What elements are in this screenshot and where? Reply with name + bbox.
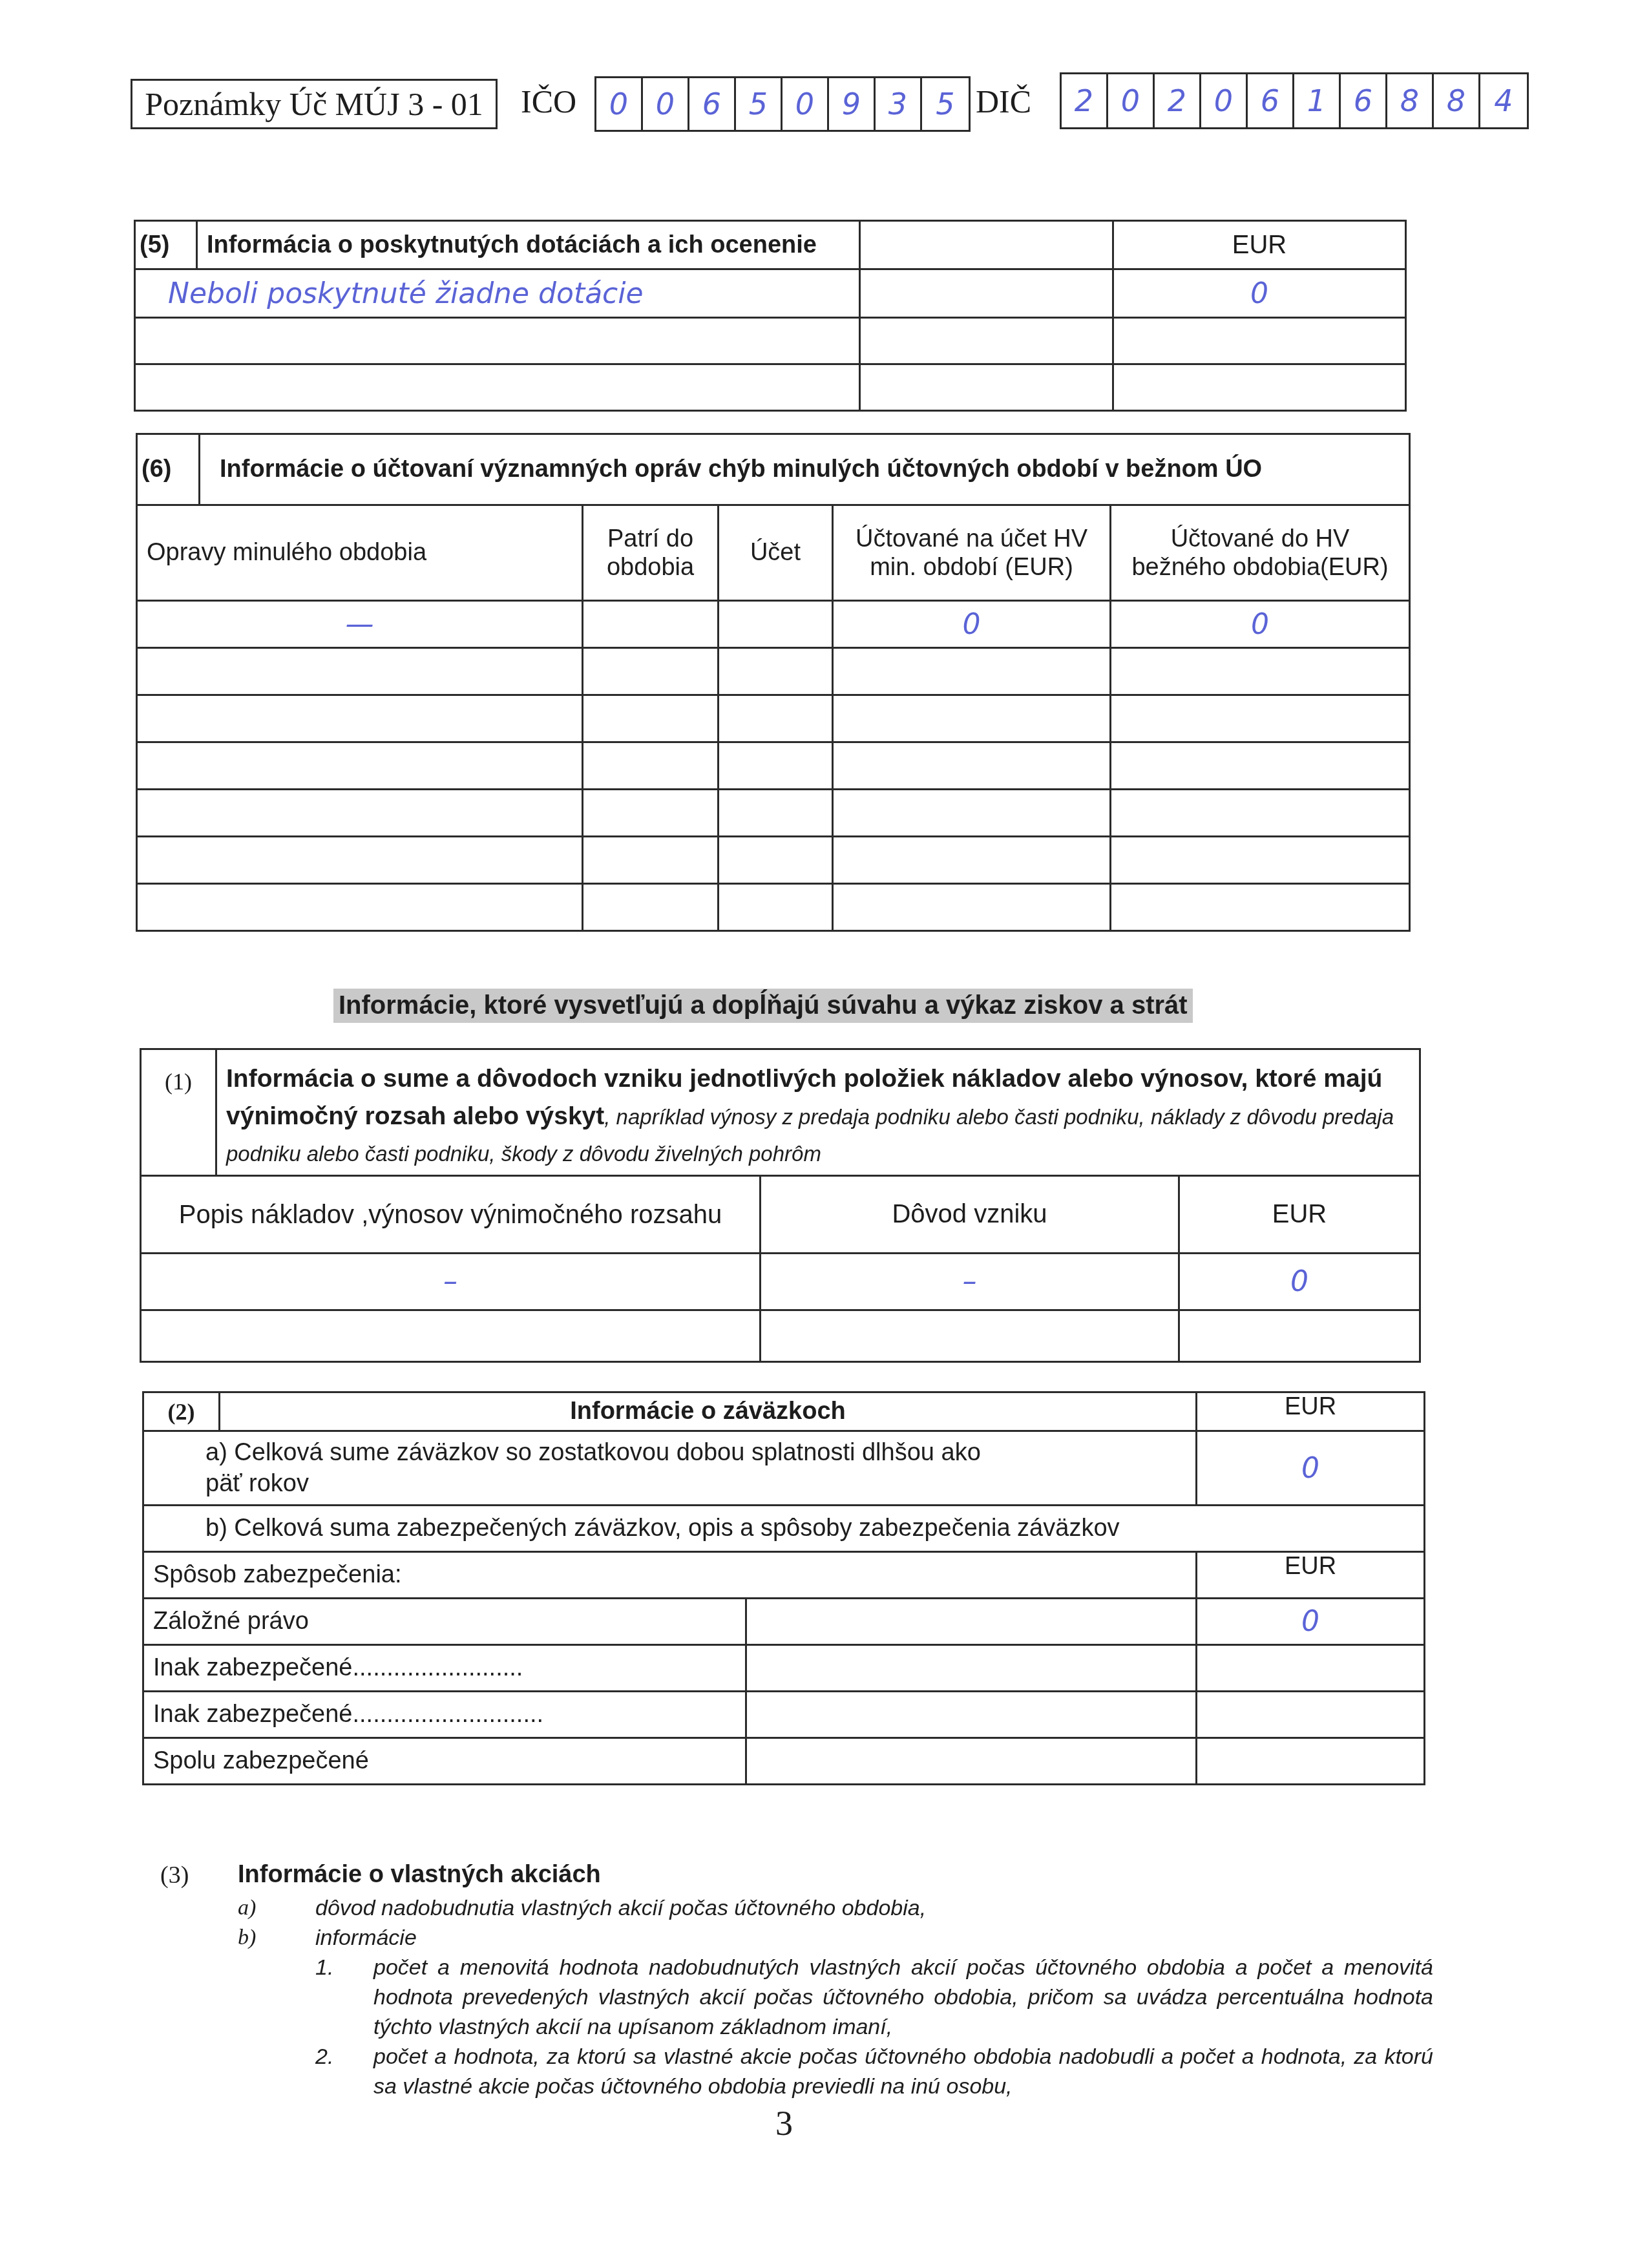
- dic-digit-box[interactable]: 1: [1294, 74, 1341, 127]
- correction-period[interactable]: [583, 884, 719, 931]
- correction-prior-hv[interactable]: [833, 742, 1111, 790]
- list-item: a)dôvod nadobudnutia vlastných akcií poč…: [160, 1893, 1440, 1923]
- section-banner: Informácie, ktoré vysvetľujú a dopĺňajú …: [333, 989, 1193, 1023]
- security-description[interactable]: [746, 1738, 1197, 1785]
- section-2-currency: EUR: [1197, 1392, 1425, 1431]
- section-6-title: Informácie o účtovaní významných opráv c…: [200, 434, 1410, 505]
- section-2-title: Informácie o záväzkoch: [220, 1392, 1197, 1431]
- section-5-header-empty: [860, 221, 1113, 269]
- dic-digit-box[interactable]: 4: [1480, 74, 1527, 127]
- correction-period[interactable]: [583, 648, 719, 695]
- list-item: b)informácie: [160, 1923, 1440, 1953]
- correction-period[interactable]: [583, 790, 719, 837]
- list-marker: 2.: [315, 2042, 373, 2101]
- exceptional-reason[interactable]: –: [761, 1254, 1179, 1310]
- correction-current-hv[interactable]: [1111, 648, 1410, 695]
- long-term-liabilities-label: a) Celková sume záväzkov so zostatkovou …: [143, 1431, 1197, 1506]
- table-row: Neboli poskytnuté žiadne dotácie 0: [135, 269, 1406, 318]
- ico-digit-box[interactable]: 5: [736, 78, 782, 130]
- subsidy-eur[interactable]: [1113, 364, 1406, 411]
- subsidy-middle[interactable]: [860, 269, 1113, 318]
- list-marker: a): [238, 1893, 315, 1923]
- correction-current-hv[interactable]: [1111, 790, 1410, 837]
- correction-account[interactable]: [719, 695, 833, 742]
- ico-digit-box[interactable]: 5: [922, 78, 969, 130]
- list-subitem: 2.počet a hodnota, za ktorú sa vlastné a…: [160, 2042, 1440, 2101]
- section-3-number: (3): [160, 1861, 238, 1889]
- correction-account[interactable]: [719, 884, 833, 931]
- table-row: [137, 837, 1410, 884]
- list-text: dôvod nadobudnutia vlastných akcií počas…: [315, 1893, 926, 1923]
- subsidy-description[interactable]: Neboli poskytnuté žiadne dotácie: [135, 269, 860, 318]
- security-type-label: Spolu zabezpečené: [143, 1738, 746, 1785]
- section-5-table: (5) Informácia o poskytnutých dotáciách …: [134, 220, 1407, 412]
- security-description[interactable]: [746, 1692, 1197, 1738]
- subsidy-middle[interactable]: [860, 364, 1113, 411]
- section-6-number: (6): [137, 434, 200, 505]
- correction-prior-hv[interactable]: [833, 884, 1111, 931]
- section-5-title: Informácia o poskytnutých dotáciách a ic…: [197, 221, 860, 269]
- correction-account[interactable]: [719, 742, 833, 790]
- ico-digit-box[interactable]: 0: [596, 78, 643, 130]
- subsidy-description[interactable]: [135, 364, 860, 411]
- subsidy-description[interactable]: [135, 318, 860, 364]
- security-type-label: Inak zabezpečené........................…: [143, 1692, 746, 1738]
- ico-digit-box[interactable]: 6: [689, 78, 736, 130]
- subsidy-eur[interactable]: 0: [1113, 269, 1406, 318]
- col-header-account: Účet: [719, 505, 833, 601]
- table-row: [137, 695, 1410, 742]
- subsidy-middle[interactable]: [860, 318, 1113, 364]
- ico-digit-box[interactable]: 0: [643, 78, 689, 130]
- correction-description[interactable]: [137, 648, 583, 695]
- table-row: Inak zabezpečené........................…: [143, 1692, 1425, 1738]
- section-2-table: (2) Informácie o záväzkoch EUR a) Celkov…: [142, 1391, 1425, 1785]
- dic-digit-box[interactable]: 2: [1155, 74, 1201, 127]
- page-number: 3: [775, 2103, 793, 2143]
- dic-digit-box[interactable]: 8: [1434, 74, 1480, 127]
- security-eur[interactable]: [1197, 1738, 1425, 1785]
- exceptional-reason[interactable]: [761, 1310, 1179, 1362]
- correction-current-hv[interactable]: 0: [1111, 601, 1410, 648]
- correction-prior-hv[interactable]: [833, 648, 1111, 695]
- exceptional-eur[interactable]: 0: [1179, 1254, 1420, 1310]
- correction-period[interactable]: [583, 837, 719, 884]
- ico-digit-box[interactable]: 9: [829, 78, 876, 130]
- table-row: Záložné právo0: [143, 1599, 1425, 1645]
- col-header-description: Popis nákladov ,výnosov výnimočného rozs…: [141, 1176, 761, 1254]
- section-1-table: (1) Informácia o sume a dôvodoch vzniku …: [140, 1048, 1421, 1363]
- form-title: Poznámky Úč MÚJ 3 - 01: [131, 79, 498, 129]
- list-text: informácie: [315, 1923, 417, 1953]
- correction-account[interactable]: [719, 790, 833, 837]
- dic-digit-box[interactable]: 8: [1387, 74, 1434, 127]
- ico-digit-box[interactable]: 0: [782, 78, 829, 130]
- correction-prior-hv[interactable]: [833, 790, 1111, 837]
- list-marker: 1.: [315, 1953, 373, 2042]
- section-6-table: (6) Informácie o účtovaní významných opr…: [136, 433, 1411, 932]
- list-text: počet a menovitá hodnota nadobudnutých v…: [373, 1953, 1433, 2042]
- ico-field[interactable]: 00650935: [594, 76, 971, 132]
- correction-prior-hv[interactable]: [833, 695, 1111, 742]
- dic-digit-box[interactable]: 6: [1341, 74, 1387, 127]
- correction-description[interactable]: [137, 837, 583, 884]
- dic-digit-box[interactable]: 0: [1201, 74, 1248, 127]
- dic-digit-box[interactable]: 2: [1062, 74, 1108, 127]
- exceptional-eur[interactable]: [1179, 1310, 1420, 1362]
- correction-account[interactable]: [719, 648, 833, 695]
- list-text: počet a hodnota, za ktorú sa vlastné akc…: [373, 2042, 1433, 2101]
- section-1-number: (1): [141, 1049, 216, 1176]
- table-row: [137, 648, 1410, 695]
- dic-field[interactable]: 2020616884: [1060, 72, 1529, 129]
- dic-digit-box[interactable]: 0: [1108, 74, 1155, 127]
- correction-description[interactable]: [137, 790, 583, 837]
- security-description[interactable]: [746, 1645, 1197, 1692]
- table-row: —00: [137, 601, 1410, 648]
- col-header-corrections: Opravy minulého obdobia: [137, 505, 583, 601]
- table-row: [137, 742, 1410, 790]
- ico-digit-box[interactable]: 3: [876, 78, 922, 130]
- exceptional-description[interactable]: [141, 1310, 761, 1362]
- section-5-number: (5): [135, 221, 197, 269]
- exceptional-description[interactable]: –: [141, 1254, 761, 1310]
- table-row: [137, 884, 1410, 931]
- correction-description[interactable]: [137, 742, 583, 790]
- section-5-currency: EUR: [1113, 221, 1406, 269]
- correction-current-hv[interactable]: [1111, 695, 1410, 742]
- correction-prior-hv[interactable]: 0: [833, 601, 1111, 648]
- col-header-current-hv: Účtované do HV bežného obdobia(EUR): [1111, 505, 1410, 601]
- table-row: [137, 790, 1410, 837]
- correction-description[interactable]: [137, 884, 583, 931]
- correction-description[interactable]: [137, 695, 583, 742]
- security-type-label: Záložné právo: [143, 1599, 746, 1645]
- correction-current-hv[interactable]: [1111, 837, 1410, 884]
- correction-period[interactable]: [583, 601, 719, 648]
- security-method-label: Spôsob zabezpečenia:: [143, 1552, 1197, 1599]
- security-description[interactable]: [746, 1599, 1197, 1645]
- security-eur[interactable]: [1197, 1645, 1425, 1692]
- correction-current-hv[interactable]: [1111, 884, 1410, 931]
- col-header-reason: Dôvod vzniku: [761, 1176, 1179, 1254]
- security-currency: EUR: [1197, 1552, 1425, 1599]
- list-subitem: 1.počet a menovitá hodnota nadobudnutých…: [160, 1953, 1440, 2042]
- correction-current-hv[interactable]: [1111, 742, 1410, 790]
- subsidy-eur[interactable]: [1113, 318, 1406, 364]
- table-row: Spolu zabezpečené: [143, 1738, 1425, 1785]
- correction-account[interactable]: [719, 837, 833, 884]
- table-row: [135, 318, 1406, 364]
- correction-period[interactable]: [583, 742, 719, 790]
- section-2-number: (2): [143, 1392, 220, 1431]
- table-row: Inak zabezpečené........................…: [143, 1645, 1425, 1692]
- secured-liabilities-label: b) Celková suma zabezpečených záväzkov, …: [143, 1506, 1425, 1552]
- section-3-title: Informácie o vlastných akciách: [238, 1861, 601, 1889]
- section-3: (3) Informácie o vlastných akciách a)dôv…: [160, 1861, 1440, 2101]
- table-row: – – 0: [141, 1254, 1420, 1310]
- correction-prior-hv[interactable]: [833, 837, 1111, 884]
- correction-description[interactable]: —: [137, 601, 583, 648]
- table-row: [135, 364, 1406, 411]
- dic-digit-box[interactable]: 6: [1248, 74, 1294, 127]
- security-eur[interactable]: [1197, 1692, 1425, 1738]
- col-header-period: Patrí do obdobia: [583, 505, 719, 601]
- col-header-prior-hv: Účtované na účet HV min. období (EUR): [833, 505, 1111, 601]
- correction-account[interactable]: [719, 601, 833, 648]
- correction-period[interactable]: [583, 695, 719, 742]
- table-row: [141, 1310, 1420, 1362]
- list-marker: b): [238, 1923, 315, 1953]
- security-type-label: Inak zabezpečené........................…: [143, 1645, 746, 1692]
- ico-label: IČO: [521, 83, 576, 120]
- dic-label: DIČ: [976, 83, 1031, 120]
- long-term-liabilities-eur[interactable]: 0: [1197, 1431, 1425, 1506]
- col-header-eur: EUR: [1179, 1176, 1420, 1254]
- security-eur[interactable]: 0: [1197, 1599, 1425, 1645]
